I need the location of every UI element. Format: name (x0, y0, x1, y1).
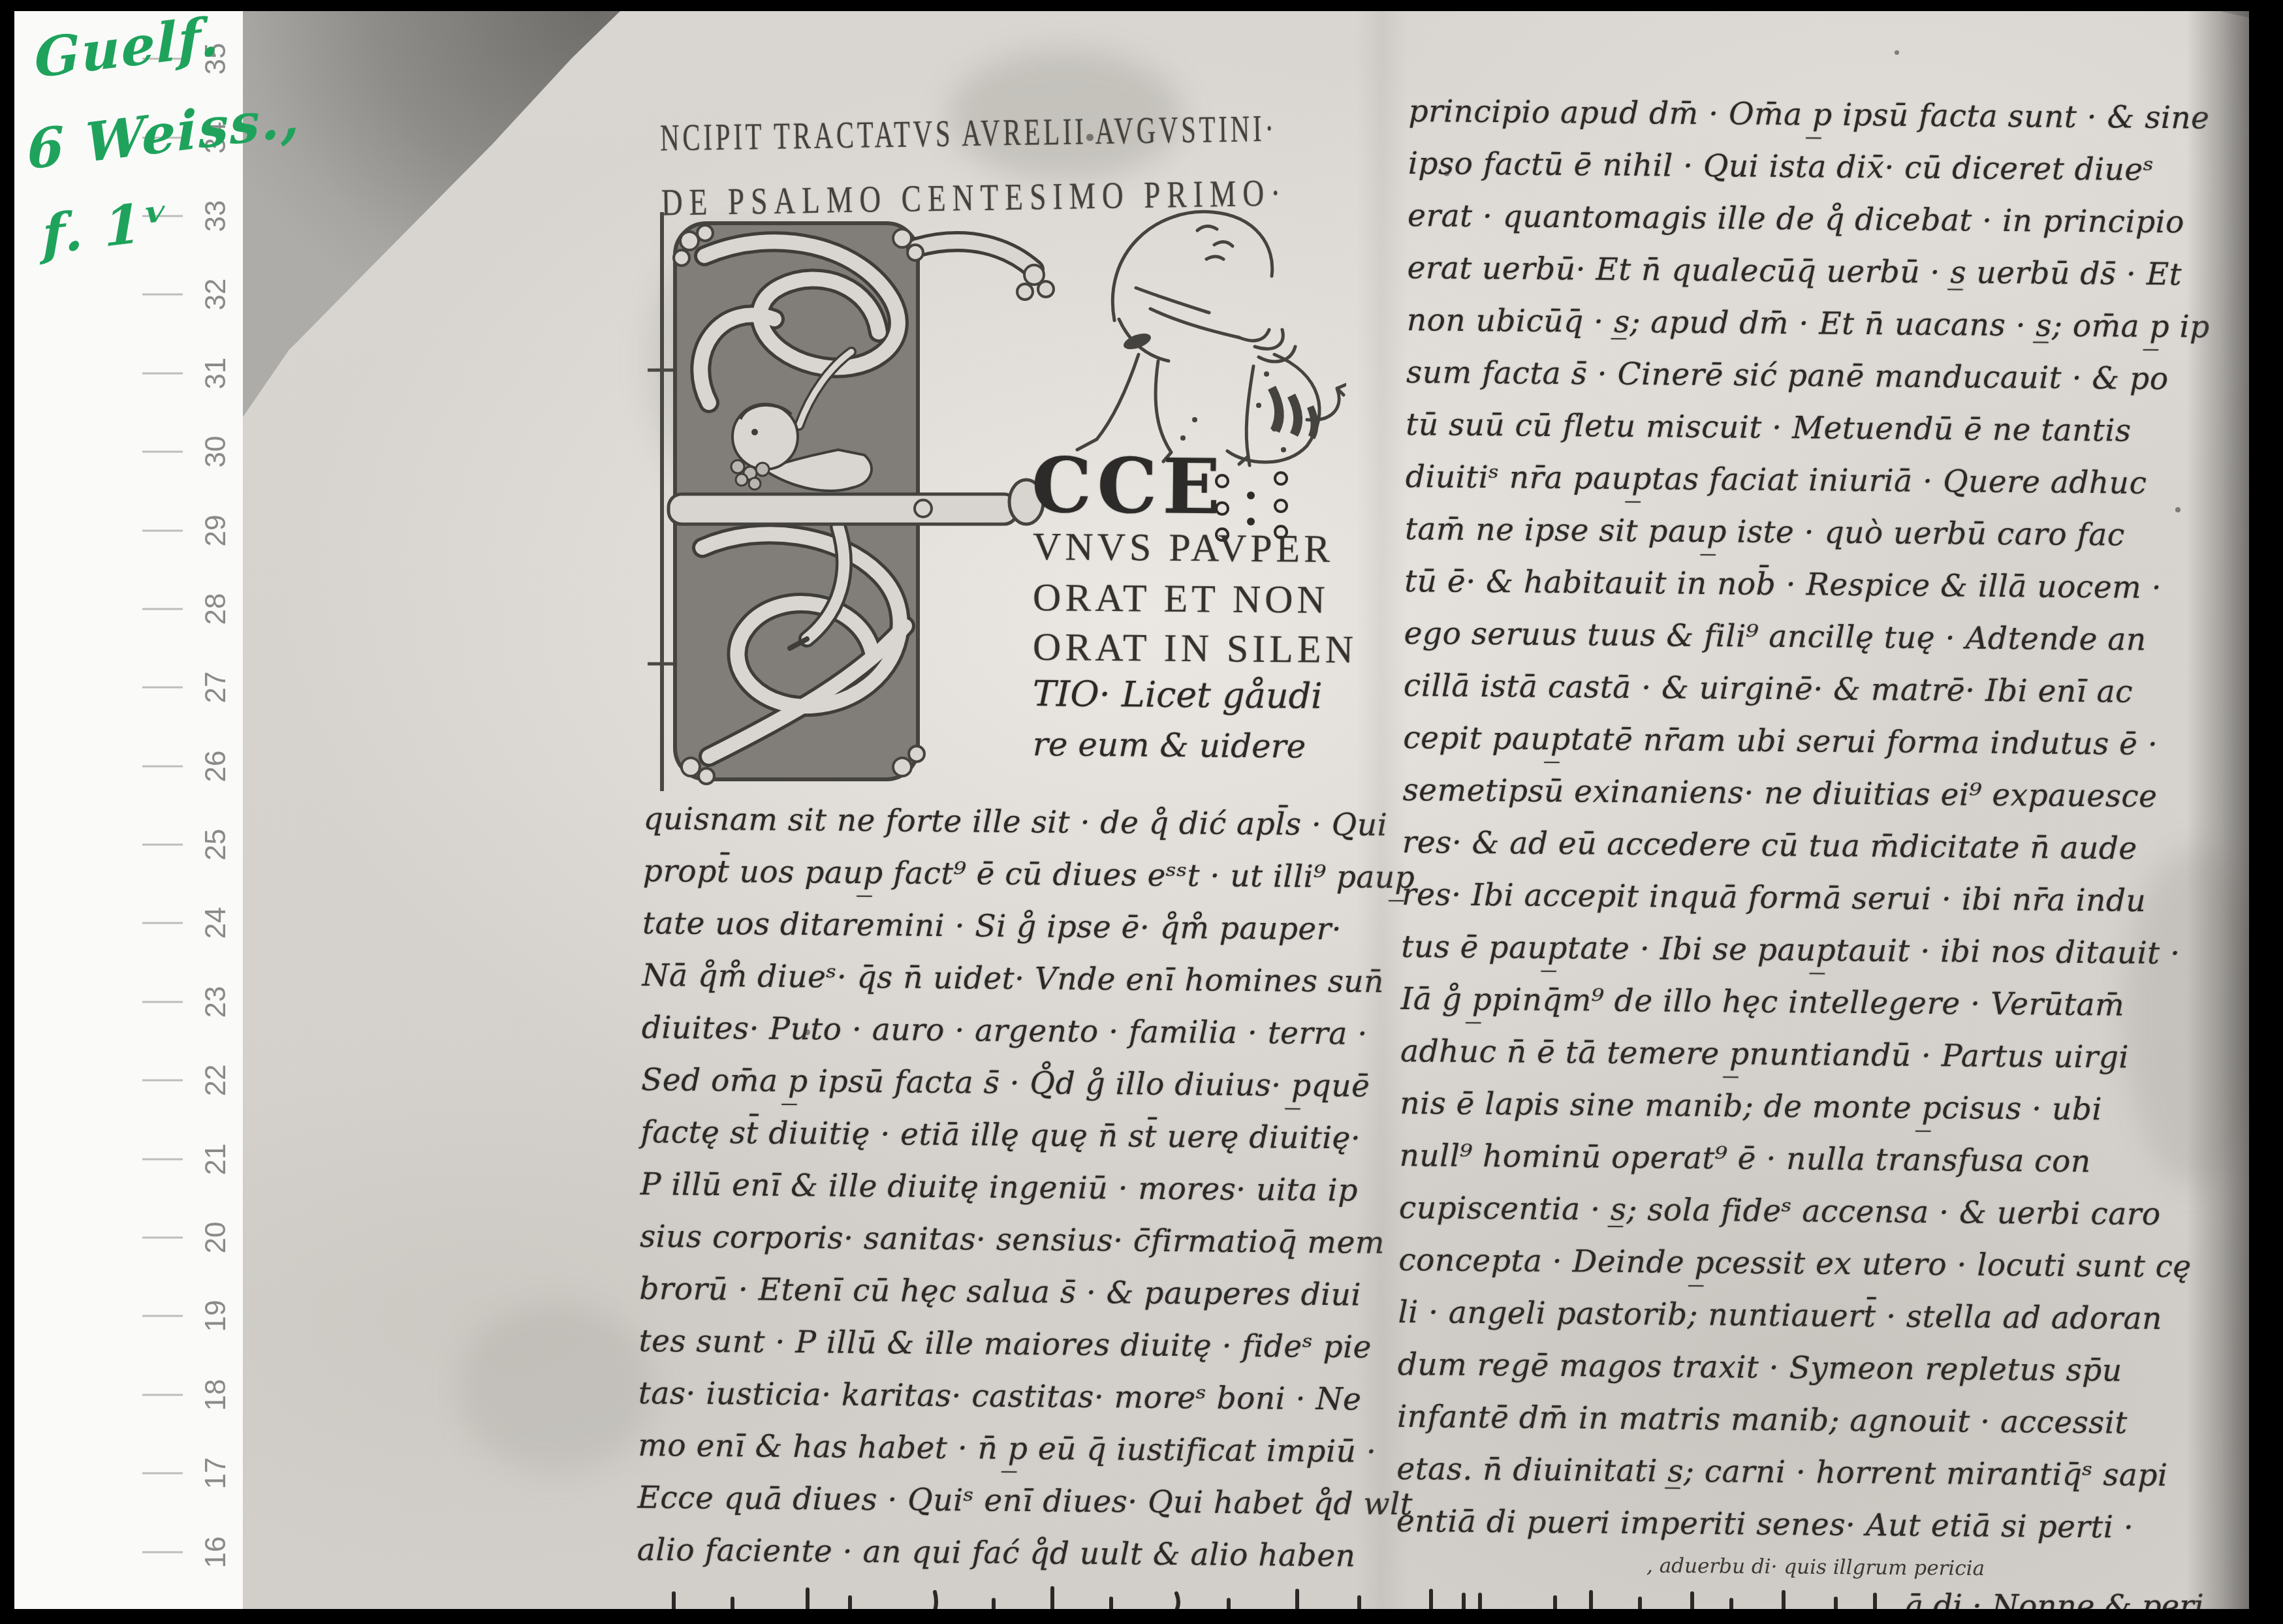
text-line: semetipsū exinaniens· ne diuitias ei⁹ ex… (1402, 764, 2193, 824)
ruler-mark: 22 (14, 1041, 243, 1119)
display-caps-line: ORAT ET NON (1033, 575, 1329, 623)
ruler-number: 16 (200, 1536, 233, 1568)
text-line: tus ē paup̲tate · Ibi se paup̲tauit · ib… (1401, 921, 2192, 980)
text-line: sum facta s̄ · Cinerē sić panē manducaui… (1406, 347, 2197, 406)
ruler-tick (142, 529, 183, 531)
scan-margin: Guelf. 6 Weiss., f. 1ᵛ 35 34 33 32 31 30 (14, 11, 243, 1609)
text-line: li · angeli pastorib; nuntiauert̄ · stel… (1398, 1287, 2188, 1346)
text-line: cillā istā castā · & uirginē· & matrē· I… (1404, 660, 2194, 719)
incipit-line-1: NCIPIT TRACTATVS AVRELII AVGVSTINI· (660, 106, 1278, 160)
text-line: Nā q̊m̊ diueˢ· q̄s n̄ uidet· Vnde enī ho… (642, 950, 1403, 1008)
ruler-mark: 24 (14, 884, 243, 962)
text-line: sius corporis· sanitas· sensius· c̄firma… (640, 1211, 1401, 1270)
ruler-number: 25 (200, 829, 233, 861)
text-line: nis ē lapis sine manib; de monte p̲cisus… (1400, 1078, 2190, 1137)
ruler-tick (142, 1080, 183, 1082)
ruler-mark: 29 (14, 491, 243, 569)
text-line: infantē dm̄ in matris manib; agnouit · a… (1397, 1391, 2188, 1450)
ruler-tick (142, 1001, 183, 1003)
manuscript-photo: NCIPIT TRACTATVS AVRELII AVGVSTINI· DE P… (243, 11, 2249, 1609)
text-line: diuites· Puto · auro · argento · familia… (642, 1002, 1403, 1061)
text-line: entiā di pueri imperiti senes· Aut etiā … (1396, 1495, 2186, 1555)
ruler-number: 28 (200, 593, 233, 625)
interlinear-correction: , aduerbu di· quis illgrum pericia (1646, 1554, 1985, 1581)
text-line: Iā g̊ p̲pinq̄m⁹ de illo hęc intellegere … (1400, 973, 2191, 1033)
text-line: tas· iusticia· karitas· castitas· moreˢ … (638, 1367, 1400, 1426)
ruler-mark: 25 (14, 805, 243, 884)
text-line: concepta · Deinde p̲cessit ex utero · lo… (1398, 1234, 2189, 1294)
ruler-number: 29 (200, 514, 233, 546)
ruler-tick (142, 765, 183, 767)
text-line: brorū · Etenī cū hęc salua s̄ · & pauper… (639, 1263, 1400, 1322)
text-line: etas. n̄ diuinitati s̲; carni · horrent … (1396, 1443, 2187, 1503)
ruler-tick (142, 451, 183, 453)
text-line: tam̄ ne ipse sit paup̲ iste · quò uerbū … (1405, 503, 2196, 563)
text-line: adhuc n̄ ē tā temere p̲nuntiandū · Partu… (1400, 1025, 2191, 1085)
ruler-mark: 19 (14, 1277, 243, 1355)
ruler-mark: 16 (14, 1512, 243, 1591)
shelfmark-annotation: Guelf. 6 Weiss., f. 1ᵛ (20, 11, 235, 285)
ruler-mark: 28 (14, 570, 243, 648)
text-line: Ecce quā diues · Quiˢ enī diues· Qui hab… (637, 1472, 1398, 1531)
ruler-tick (142, 608, 183, 610)
display-caps-line: ORAT IN SILEN (1033, 625, 1357, 672)
ruler-number: 24 (200, 907, 233, 939)
ruler-mark: 27 (14, 648, 243, 726)
cut-off-line-marks (1418, 1585, 1888, 1609)
ruler-tick (142, 1473, 183, 1475)
display-mixed-line: TIO· Licet gåudi (1033, 673, 1323, 717)
ruler-number: 30 (200, 436, 233, 468)
ruler-number: 20 (200, 1222, 233, 1254)
ruler-mark: 21 (14, 1119, 243, 1198)
text-line: null⁹ hominū operat⁹ ē · nulla transfusa… (1399, 1130, 2190, 1189)
text-line: res· Ibi accepit inquā formā serui · ibi… (1402, 869, 2192, 928)
text-line: non ubicūq̄ · s̲; apud dm̄ · Et n̄ uacan… (1407, 294, 2197, 354)
text-line: alio faciente · an qui fać q̊d uult & al… (637, 1524, 1398, 1583)
text-line: tes sunt · P illū & ille maiores diuitę … (638, 1315, 1400, 1374)
text-line: mo enī & has habet · n̄ p̲ eū q̄ iustifi… (638, 1420, 1399, 1478)
text-line: erat uerbū· Et n̄ qualecūq̄ uerbū · s̲ u… (1407, 242, 2197, 302)
ruler-number: 19 (200, 1300, 233, 1332)
text-line: cepit paup̲tatē nr̄am ubi serui forma in… (1403, 712, 2194, 772)
text-line: cupiscentia · s̲; sola fideˢ accensa · &… (1399, 1182, 2190, 1241)
text-line: res· & ad eū accedere cū tua m̄dicitate … (1402, 817, 2193, 876)
ruler-mark: 30 (14, 413, 243, 491)
ruler-number: 17 (200, 1458, 233, 1490)
cut-off-line-marks (654, 1582, 1405, 1609)
text-line: tū ē· & habitauit in nob̄ · Respice & il… (1404, 555, 2195, 615)
text-line: tate uos ditaremini · Si g̊ ipse ē· q̊m̊… (642, 898, 1404, 956)
ruler-mark: 31 (14, 334, 243, 413)
text-column-left: quisnam sit ne forte ille sit · de q̊ di… (637, 793, 1404, 1583)
ruler-number: 26 (200, 750, 233, 782)
ruler-tick (142, 1158, 183, 1160)
text-line: propt̄ uos paup̲ fact⁹ ē cū diues eˢˢt ·… (643, 845, 1404, 904)
ruler-tick (142, 1237, 183, 1239)
text-line: Sed om̄a p̲ ipsū facta s̄ · Q̊d g̊ illo … (641, 1054, 1402, 1113)
ruler-mark: 18 (14, 1356, 243, 1434)
ruler-number: 18 (200, 1379, 233, 1411)
ruler-number: 23 (200, 986, 233, 1018)
ruler-mark: 26 (14, 727, 243, 805)
text-line: principio apud dm̄ · Om̄a p̲ ipsū facta … (1408, 86, 2199, 145)
shelfmark-line: Guelf. (34, 5, 220, 90)
gutter-shading (1356, 11, 1408, 1609)
text-line: diuitiˢ nr̄a paup̲tas faciat iniuriā · Q… (1405, 451, 2196, 510)
ruler-number: 27 (200, 672, 233, 704)
page-edge-shadow (2186, 11, 2249, 1609)
text-line: ipso factū ē nihil · Qui ista dix̄· cū d… (1408, 138, 2199, 197)
ruler-number: 21 (200, 1143, 233, 1175)
ruler-tick (142, 1394, 183, 1396)
ruler-mark: 20 (14, 1198, 243, 1277)
display-caps-line: VNVS PAVPER (1033, 524, 1334, 572)
ruler-tick (142, 1315, 183, 1317)
ruler-tick (142, 372, 183, 374)
text-line: erat · quantomagis ille de q̊ dicebat · … (1408, 190, 2198, 249)
folio-number: f. 1ᵛ (42, 189, 170, 267)
scanned-manuscript-page: { "colors": { "green_ink": "#1fa35c", "r… (0, 0, 2283, 1624)
text-column-right: principio apud dm̄ · Om̄a p̲ ipsū facta … (1396, 86, 2199, 1554)
text-line: P illū enī & ille diuitę ingeniū · mores… (640, 1159, 1401, 1217)
text-line: quisnam sit ne forte ille sit · de q̊ di… (643, 793, 1404, 852)
text-line: ego seruus tuus & fili⁹ ancillę tuę · Ad… (1404, 608, 2194, 667)
ruler-tick (142, 294, 183, 296)
ruler-tick (142, 1551, 183, 1553)
ruler-mark: 17 (14, 1434, 243, 1512)
ruler-mark: 23 (14, 963, 243, 1041)
ruler-tick (142, 922, 183, 924)
text-line: factę st̄ diuitię · etiā illę quę n̄ st̄… (640, 1106, 1402, 1165)
text-line: tū suū cū fletu miscuit · Metuendū ē ne … (1406, 399, 2196, 458)
display-initial-letters: CCE (1031, 441, 1225, 532)
ruler-number: 22 (200, 1065, 233, 1097)
man-and-lion-drawing (1059, 190, 1346, 477)
ruler-tick (142, 687, 183, 689)
ruler-number: 31 (200, 357, 233, 389)
cut-off-line-fragment: ā di · Nonne & peri (1905, 1588, 2204, 1609)
initial-e-illumination (642, 207, 1060, 807)
ink-speck (1895, 50, 1899, 55)
text-line: dum regē magos traxit · Symeon repletus … (1398, 1339, 2188, 1398)
display-tail-line: re eum & uidere (1033, 725, 1306, 766)
ruler-tick (142, 844, 183, 846)
